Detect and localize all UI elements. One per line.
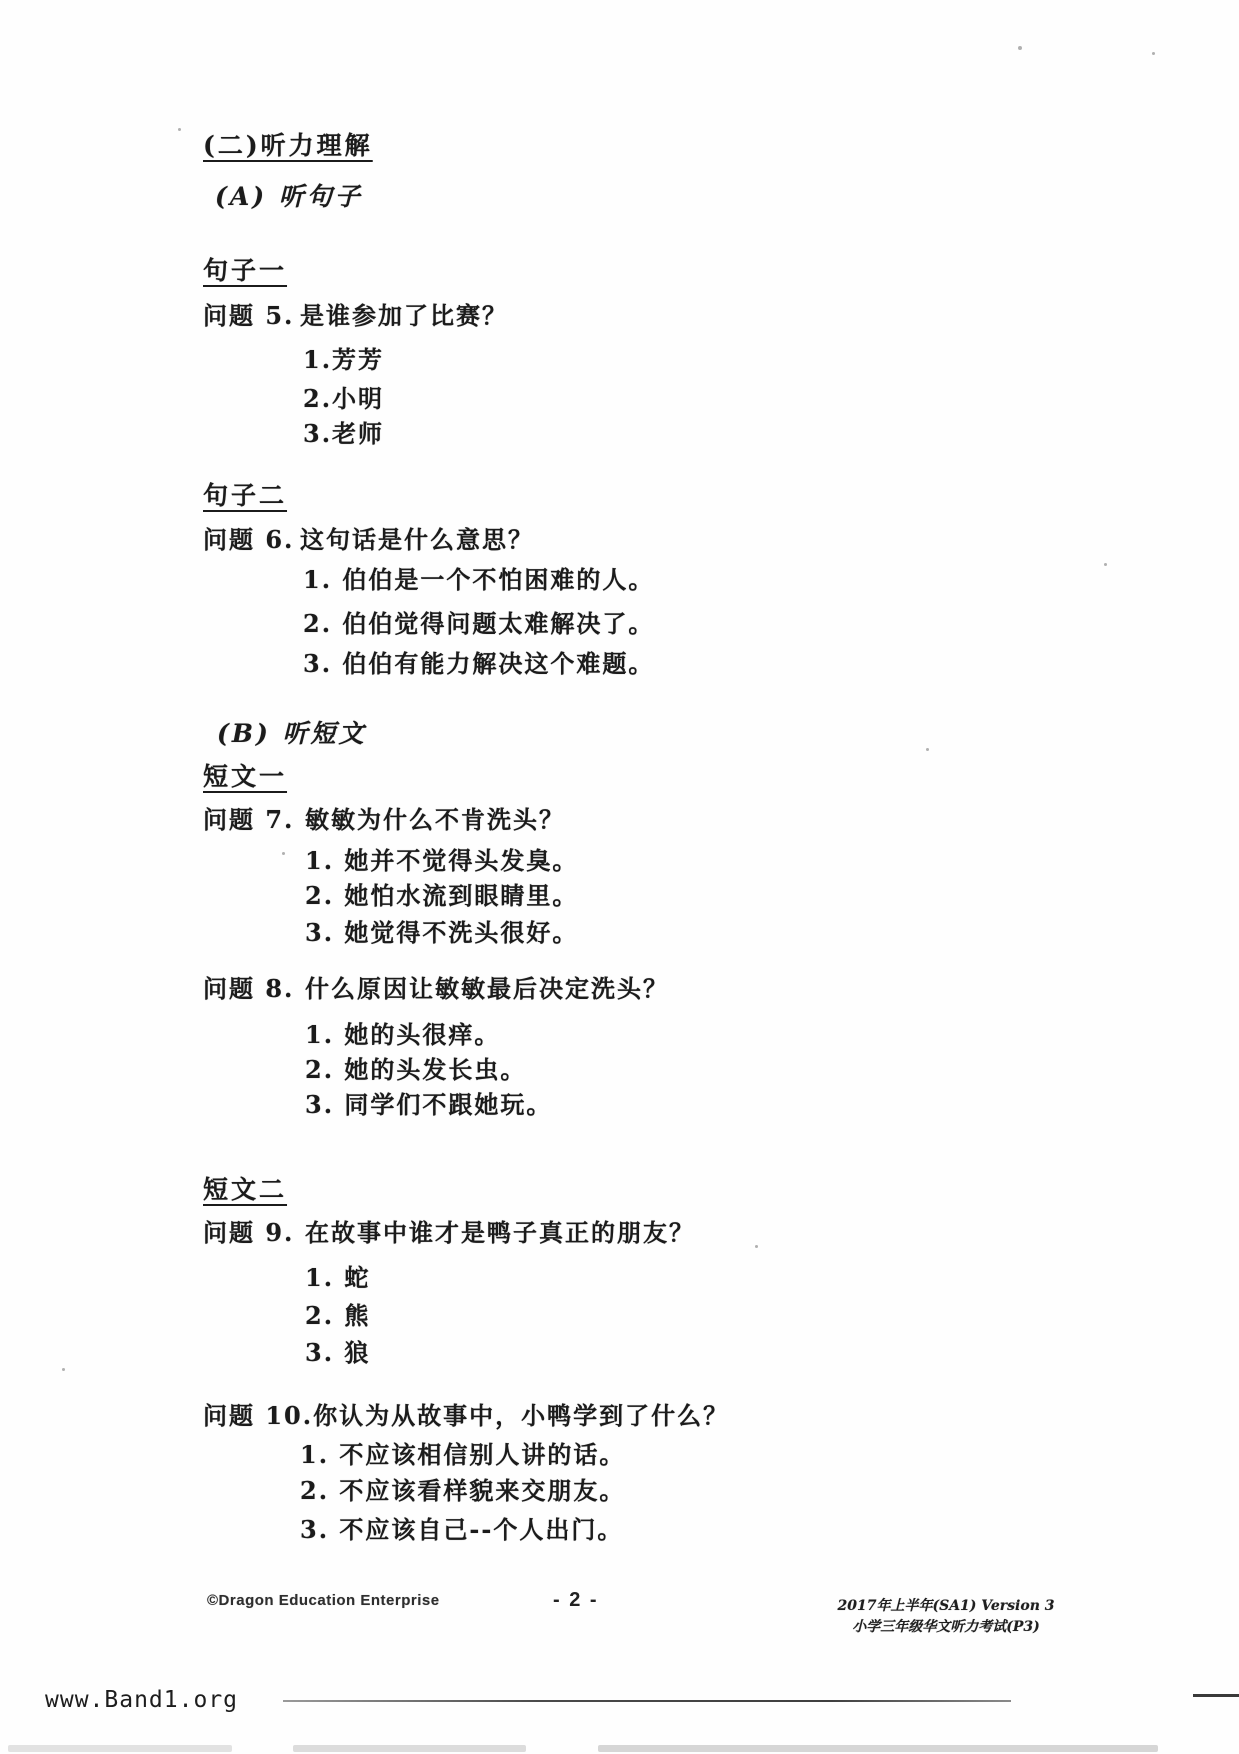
part-a-heading: (A) 听句子	[215, 183, 363, 212]
scan-speck	[1104, 563, 1107, 566]
scan-speck	[1018, 46, 1022, 50]
question-10-option-2: 2. 不应该看样貌来交朋友。	[300, 1477, 625, 1505]
question-9-option-1: 1. 蛇	[305, 1264, 370, 1292]
question-6: 问题 6. 这句话是什么意思？	[203, 526, 534, 554]
page-edge-strip	[293, 1745, 526, 1752]
question-9-text: 在故事中谁才是鸭子真正的朋友？	[305, 1219, 695, 1247]
exam-page: (二)听力理解 (A) 听句子 句子一 问题 5. 是谁参加了比赛？ 1.芳芳 …	[0, 0, 1239, 1754]
question-9-option-3: 3. 狼	[305, 1339, 370, 1367]
scan-speck	[755, 1245, 758, 1248]
question-7-option-3: 3. 她觉得不洗头很好。	[305, 919, 578, 947]
page-edge-strip	[598, 1745, 1158, 1752]
question-5-option-1: 1.芳芳	[303, 346, 384, 374]
question-6-option-3: 3. 伯伯有能力解决这个难题。	[303, 650, 654, 678]
part-b-heading: (B) 听短文	[217, 720, 367, 749]
group-heading-sentence-2: 句子二	[203, 482, 287, 511]
question-7-text: 敏敏为什么不肯洗头？	[305, 806, 565, 834]
question-8-text: 什么原因让敏敏最后决定洗头？	[305, 975, 669, 1003]
footer-page-number: - 2 -	[553, 1589, 599, 1612]
question-6-label: 问题 6.	[203, 526, 300, 554]
question-5-text: 是谁参加了比赛？	[300, 302, 508, 330]
scan-speck	[926, 748, 929, 751]
scan-speck	[1152, 52, 1155, 55]
footer-publisher: ©Dragon Education Enterprise	[207, 1592, 440, 1609]
question-7-label: 问题 7.	[203, 806, 305, 834]
question-5-option-2: 2.小明	[303, 385, 384, 413]
footer-rule-right	[1193, 1694, 1239, 1697]
question-6-text: 这句话是什么意思？	[300, 526, 534, 554]
question-8-label: 问题 8.	[203, 975, 305, 1003]
question-8: 问题 8. 什么原因让敏敏最后决定洗头？	[203, 975, 669, 1003]
question-7: 问题 7. 敏敏为什么不肯洗头？	[203, 806, 565, 834]
footer-exam-info-line1: 2017年上半年(SA1) Version 3	[836, 1596, 1056, 1617]
footer-exam-info: 2017年上半年(SA1) Version 3 小学三年级华文听力考试(P3)	[836, 1596, 1056, 1638]
question-10-text: 你认为从故事中，小鸭学到了什么？	[313, 1402, 729, 1430]
question-10-option-3: 3. 不应该自己--个人出门。	[300, 1516, 623, 1544]
question-6-option-1: 1. 伯伯是一个不怕困难的人。	[303, 566, 654, 594]
scan-speck	[178, 128, 181, 131]
question-8-option-2: 2. 她的头发长虫。	[305, 1056, 526, 1084]
question-5-option-3: 3.老师	[303, 420, 384, 448]
page-edge-strip	[8, 1745, 232, 1752]
question-5-label: 问题 5.	[203, 302, 300, 330]
question-10-label: 问题 10.	[203, 1402, 313, 1430]
question-8-option-3: 3. 同学们不跟她玩。	[305, 1091, 552, 1119]
scan-speck	[282, 852, 285, 855]
band1-watermark: www.Band1.org	[45, 1687, 238, 1713]
group-heading-passage-2: 短文二	[203, 1176, 287, 1205]
question-9-label: 问题 9.	[203, 1219, 305, 1247]
question-9: 问题 9. 在故事中谁才是鸭子真正的朋友？	[203, 1219, 695, 1247]
question-7-option-2: 2. 她怕水流到眼睛里。	[305, 882, 578, 910]
question-5: 问题 5. 是谁参加了比赛？	[203, 302, 508, 330]
question-9-option-2: 2. 熊	[305, 1302, 370, 1330]
group-heading-passage-1: 短文一	[203, 763, 287, 792]
question-10: 问题 10. 你认为从故事中，小鸭学到了什么？	[203, 1402, 729, 1430]
footer-rule	[283, 1700, 1011, 1702]
question-6-option-2: 2. 伯伯觉得问题太难解决了。	[303, 610, 654, 638]
question-7-option-1: 1. 她并不觉得头发臭。	[305, 847, 578, 875]
section-heading: (二)听力理解	[203, 132, 373, 161]
footer-exam-info-line2: 小学三年级华文听力考试(P3)	[836, 1617, 1056, 1638]
question-8-option-1: 1. 她的头很痒。	[305, 1021, 500, 1049]
group-heading-sentence-1: 句子一	[203, 257, 287, 286]
question-10-option-1: 1. 不应该相信别人讲的话。	[300, 1441, 625, 1469]
scan-speck	[62, 1368, 65, 1371]
